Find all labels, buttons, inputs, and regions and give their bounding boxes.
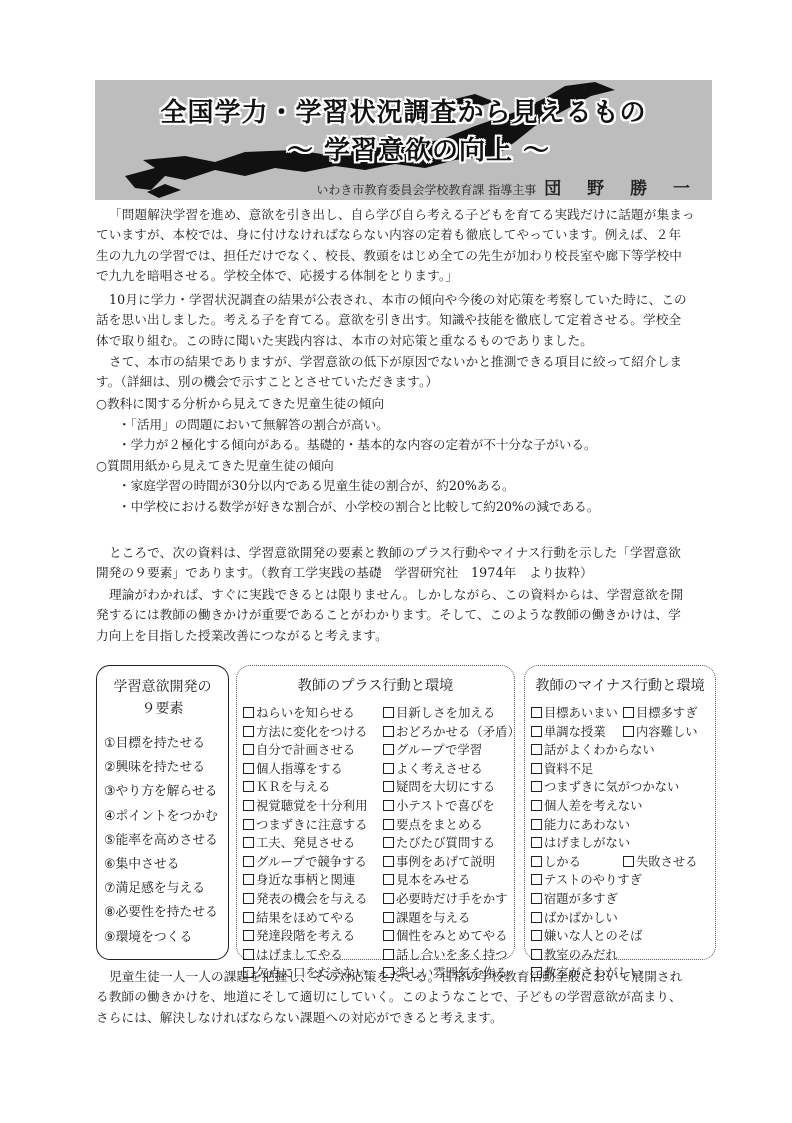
- plus-action-item: 発達段階を考える: [243, 927, 383, 946]
- checkbox-icon[interactable]: [383, 781, 394, 792]
- plus-action-item: 結果をほめてやる: [243, 909, 383, 928]
- nine-elements-box: 学習意欲開発の ９要素 ①目標を持たせる ②興味を持たせる ③やり方を解らせる …: [96, 665, 229, 960]
- checkbox-icon[interactable]: [243, 819, 254, 830]
- findings-list: ○教科に関する分析から見えてきた児童生徒の傾向 ・「活用」の問題において無解答の…: [96, 394, 716, 518]
- heading-line: ９要素: [97, 698, 228, 720]
- text-line: 発するには教師の働きかけが重要であることがわかります。そして、このような教師の働…: [96, 605, 708, 625]
- text-line: 「問題解決学習を進め、意欲を引き出し、自ら学び自ら考える子どもを育てる実践だけに…: [96, 205, 708, 225]
- minus-action-item: 話がよくわからない: [531, 741, 655, 760]
- plus-action-item: 身近な事柄と関連: [243, 871, 383, 890]
- minus-action-item: 資料不足: [531, 760, 593, 779]
- minus-action-label: ばかばかしい: [544, 911, 618, 925]
- minus-action-item: 内容難しい: [623, 723, 698, 742]
- plus-action-item: はげましてやる: [243, 946, 383, 965]
- checkbox-icon[interactable]: [243, 930, 254, 941]
- checkbox-icon[interactable]: [243, 707, 254, 718]
- plus-action-label: 目新しさを加える: [396, 705, 495, 720]
- minus-action-row: 教室のみだれ: [531, 946, 715, 965]
- plus-actions-box: 教師のプラス行動と環境 ねらいを知らせる目新しさを加える方法に変化をつけるおどろ…: [236, 665, 515, 960]
- element-item: ②興味を持たせる: [104, 756, 228, 780]
- byline: いわき市教育委員会学校教育課 指導主事団 野 勝 一: [316, 174, 700, 199]
- plus-action-item: つまずきに注意する: [243, 816, 383, 835]
- checkbox-icon[interactable]: [531, 856, 542, 867]
- checkbox-icon[interactable]: [623, 707, 634, 718]
- minus-action-item: ばかばかしい: [531, 909, 618, 928]
- author-name: 団 野 勝 一: [544, 179, 700, 199]
- text-line: ところで、次の資料は、学習意欲開発の要素と教師のプラス行動やマイナス行動を示した…: [96, 543, 708, 563]
- plus-action-item: ねらいを知らせる: [243, 704, 383, 723]
- text-line: る教師の働きかけを、地道にそして適切にしていく。このようなことで、子どもの学習意…: [96, 987, 708, 1007]
- plus-action-item: 要点をまとめる: [383, 816, 519, 835]
- checkbox-icon[interactable]: [383, 912, 394, 923]
- text-line: 話を思い出しました。考える子を育てる。意欲を引き出す。知識や技能を徹底して定着さ…: [96, 310, 708, 330]
- paragraph-nine-elements-intro: ところで、次の資料は、学習意欲開発の要素と教師のプラス行動やマイナス行動を示した…: [96, 543, 708, 584]
- checkbox-icon[interactable]: [243, 726, 254, 737]
- plus-action-label: ねらいを知らせる: [256, 705, 355, 720]
- checkbox-icon[interactable]: [243, 893, 254, 904]
- plus-action-label: 発表の機会を与える: [256, 891, 368, 906]
- element-item: ⑥集中させる: [104, 853, 228, 877]
- plus-action-label: グループで競争する: [256, 854, 367, 869]
- checkbox-icon[interactable]: [531, 912, 542, 923]
- minus-action-row: テストのやりすぎ: [531, 871, 715, 890]
- element-item: ⑧必要性を持たせる: [104, 901, 228, 925]
- minus-action-label: 能力にあわない: [544, 818, 630, 832]
- minus-action-item: 宿題が多すぎ: [531, 890, 618, 909]
- checkbox-icon[interactable]: [243, 912, 254, 923]
- page-title: 全国学力・学習状況調査から見えるもの: [95, 92, 712, 129]
- plus-action-label: 結果をほめてやる: [256, 910, 355, 925]
- plus-action-item: 見本をみせる: [383, 871, 519, 890]
- minus-actions-checklist: 目標あいまい目標多すぎ単調な授業内容難しい話がよくわからない資料不足つまずきに気…: [525, 704, 715, 983]
- plus-action-item: 発表の機会を与える: [243, 890, 383, 909]
- checkbox-icon[interactable]: [383, 744, 394, 755]
- minus-action-row: 能力にあわない: [531, 816, 715, 835]
- minus-action-label: 宿題が多すぎ: [544, 892, 618, 906]
- checkbox-icon[interactable]: [243, 763, 254, 774]
- checkbox-icon[interactable]: [531, 930, 542, 941]
- minus-action-item: 個人差を考えない: [531, 797, 642, 816]
- plus-action-item: 目新しさを加える: [383, 704, 519, 723]
- intro-quote-paragraph: 「問題解決学習を進め、意欲を引き出し、自ら学び自ら考える子どもを育てる実践だけに…: [96, 205, 708, 287]
- checkbox-icon[interactable]: [383, 819, 394, 830]
- plus-actions-checklist: ねらいを知らせる目新しさを加える方法に変化をつけるおどろかせる（矛盾）自分で計画…: [237, 704, 514, 983]
- checkbox-icon[interactable]: [383, 930, 394, 941]
- plus-action-item: 個性をみとめてやる: [383, 927, 519, 946]
- minus-action-item: テストのやりすぎ: [531, 871, 642, 890]
- plus-action-item: 個人指導をする: [243, 760, 383, 779]
- plus-action-label: 疑問を大切にする: [396, 779, 495, 794]
- minus-action-label: 嫌いな人とのそば: [544, 929, 642, 943]
- plus-action-label: グループで学習: [396, 742, 482, 757]
- checkbox-icon[interactable]: [243, 949, 254, 960]
- minus-action-label: 教室のみだれ: [544, 948, 618, 962]
- minus-action-item: 能力にあわない: [531, 816, 630, 835]
- plus-action-label: 身近な事柄と関連: [256, 872, 355, 887]
- checkbox-icon[interactable]: [243, 800, 254, 811]
- plus-action-label: 方法に変化をつける: [256, 724, 368, 739]
- minus-action-item: はげましがない: [531, 834, 630, 853]
- plus-action-item: 必要時だけ手をかす: [383, 890, 519, 909]
- minus-action-label: テストのやりすぎ: [544, 873, 642, 887]
- plus-action-label: 要点をまとめる: [396, 817, 483, 832]
- minus-action-row: はげましがない: [531, 834, 715, 853]
- checkbox-icon[interactable]: [383, 856, 394, 867]
- checkbox-icon[interactable]: [531, 800, 542, 811]
- minus-action-label: しかる: [544, 855, 581, 869]
- checkbox-icon[interactable]: [383, 763, 394, 774]
- plus-action-item: 視覚聴覚を十分利用: [243, 797, 383, 816]
- checkbox-icon[interactable]: [383, 726, 394, 737]
- minus-action-row: 嫌いな人とのそば: [531, 927, 715, 946]
- checkbox-icon[interactable]: [383, 707, 394, 718]
- plus-action-label: 個人指導をする: [256, 761, 343, 776]
- plus-action-label: つまずきに注意する: [256, 817, 368, 832]
- paragraph-theory: 理論がわかれば、すぐに実践できるとは限りません。しかしながら、この資料からは、学…: [96, 585, 708, 646]
- plus-action-label: 自分で計画させる: [256, 742, 355, 757]
- checkbox-icon[interactable]: [531, 949, 542, 960]
- minus-actions-heading: 教師のマイナス行動と環境: [525, 676, 715, 696]
- finding-bullet: ・中学校における数学が好きな割合が、小学校の割合と比較して約20%の減である。: [96, 497, 716, 518]
- minus-action-row: つまずきに気がつかない: [531, 778, 715, 797]
- plus-action-label: 小テストで喜びを: [396, 798, 495, 813]
- minus-action-row: 話がよくわからない: [531, 741, 715, 760]
- minus-action-label: 目標あいまい: [544, 706, 618, 720]
- plus-action-item: 事例をあげて説明: [383, 853, 519, 872]
- checkbox-icon[interactable]: [243, 781, 254, 792]
- minus-action-label: 内容難しい: [636, 725, 698, 739]
- minus-action-label: 話がよくわからない: [544, 743, 655, 757]
- plus-action-item: ＫＲを与える: [243, 778, 383, 797]
- plus-action-label: 工夫、発見させる: [256, 835, 355, 850]
- plus-action-label: 発達段階を考える: [256, 928, 355, 943]
- plus-action-label: はげましてやる: [256, 947, 343, 962]
- element-item: ④ポイントをつかむ: [104, 805, 228, 829]
- author-affiliation: いわき市教育委員会学校教育課 指導主事: [316, 183, 536, 197]
- findings-heading-subject: ○教科に関する分析から見えてきた児童生徒の傾向: [96, 394, 716, 415]
- element-item: ⑨環境をつくる: [104, 926, 228, 950]
- minus-action-row: 個人差を考えない: [531, 797, 715, 816]
- title-banner: 全国学力・学習状況調査から見えるもの ～ 学習意欲の向上 ～ いわき市教育委員会…: [95, 80, 712, 200]
- checkbox-icon[interactable]: [383, 949, 394, 960]
- plus-action-item: グループで学習: [383, 741, 519, 760]
- minus-action-row: 単調な授業内容難しい: [531, 723, 715, 742]
- nine-elements-list: ①目標を持たせる ②興味を持たせる ③やり方を解らせる ④ポイントをつかむ ⑤能…: [97, 732, 228, 950]
- minus-actions-box: 教師のマイナス行動と環境 目標あいまい目標多すぎ単調な授業内容難しい話がよくわか…: [524, 665, 716, 960]
- checkbox-icon[interactable]: [243, 744, 254, 755]
- plus-action-item: 小テストで喜びを: [383, 797, 519, 816]
- plus-actions-heading: 教師のプラス行動と環境: [237, 676, 514, 696]
- text-line: さて、本市の結果でありますが、学習意欲の低下が原因でないかと推測できる項目に絞っ…: [96, 352, 708, 372]
- heading-line: 学習意欲開発の: [97, 676, 228, 698]
- checkbox-icon[interactable]: [531, 726, 542, 737]
- plus-action-label: 個性をみとめてやる: [396, 928, 508, 943]
- minus-action-label: 単調な授業: [544, 725, 606, 739]
- minus-action-item: しかる: [531, 853, 623, 872]
- checkbox-icon[interactable]: [243, 837, 254, 848]
- minus-action-label: つまずきに気がつかない: [544, 780, 679, 794]
- checkbox-icon[interactable]: [531, 837, 542, 848]
- text-line: 10月に学力・学習状況調査の結果が公表され、本市の傾向や今後の対応策を考察してい…: [96, 290, 708, 310]
- plus-action-label: 視覚聴覚を十分利用: [256, 798, 368, 813]
- plus-action-item: 工夫、発見させる: [243, 834, 383, 853]
- checkbox-icon[interactable]: [383, 874, 394, 885]
- checkbox-icon[interactable]: [623, 726, 634, 737]
- plus-action-item: おどろかせる（矛盾）: [383, 723, 519, 742]
- paragraph-survey-results: 10月に学力・学習状況調査の結果が公表され、本市の傾向や今後の対応策を考察してい…: [96, 290, 708, 351]
- minus-action-label: 目標多すぎ: [636, 706, 698, 720]
- findings-heading-questionnaire: ○質問用紙から見えてきた児童生徒の傾向: [96, 456, 716, 477]
- minus-action-item: 嫌いな人とのそば: [531, 927, 642, 946]
- plus-action-item: 課題を与える: [383, 909, 519, 928]
- minus-action-item: 教室のみだれ: [531, 946, 618, 965]
- checkbox-icon[interactable]: [531, 744, 542, 755]
- text-line: 体で取り組む。この時に聞いた実践内容は、本市の対応策と重なるものでありました。: [96, 331, 708, 351]
- checkbox-icon[interactable]: [383, 893, 394, 904]
- checkbox-icon[interactable]: [531, 819, 542, 830]
- minus-action-row: 宿題が多すぎ: [531, 890, 715, 909]
- plus-action-label: 必要時だけ手をかす: [396, 891, 508, 906]
- checkbox-icon[interactable]: [531, 893, 542, 904]
- checkbox-icon[interactable]: [243, 856, 254, 867]
- minus-action-row: ばかばかしい: [531, 909, 715, 928]
- element-item: ③やり方を解らせる: [104, 780, 228, 804]
- checkbox-icon[interactable]: [623, 856, 634, 867]
- checkbox-icon[interactable]: [383, 800, 394, 811]
- minus-action-item: 目標あいまい: [531, 704, 623, 723]
- plus-action-label: 課題を与える: [396, 910, 470, 925]
- checkbox-icon[interactable]: [243, 874, 254, 885]
- element-item: ⑦満足感を与える: [104, 877, 228, 901]
- checkbox-icon[interactable]: [531, 874, 542, 885]
- checkbox-icon[interactable]: [531, 781, 542, 792]
- text-line: ていますが、本校では、身に付けなければならない内容の定着も徹底してやっています。…: [96, 225, 708, 245]
- paragraph-city-results: さて、本市の結果でありますが、学習意欲の低下が原因でないかと推測できる項目に絞っ…: [96, 352, 708, 393]
- text-line: す。（詳細は、別の機会で示すこととさせていただきます。）: [96, 372, 708, 392]
- minus-action-row: しかる失敗させる: [531, 853, 715, 872]
- text-line: 力向上を目指した授業改善につながると考えます。: [96, 626, 708, 646]
- plus-action-item: 話し合いを多く持つ: [383, 946, 519, 965]
- text-line: 児童生徒一人一人の課題を把握し、その対応策をたてる。日常の学校教育活動全般におい…: [96, 967, 708, 987]
- text-line: で九九を暗唱させる。学校全体で、応援する体制をとります。」: [96, 266, 708, 286]
- text-line: 開発の９要素」であります。（教育工学実践の基礎 学習研究社 1974年 より抜粋…: [96, 563, 708, 583]
- checkbox-icon[interactable]: [531, 707, 542, 718]
- finding-bullet: ・学力が２極化する傾向がある。基礎的・基本的な内容の定着が不十分な子がいる。: [96, 435, 716, 456]
- text-line: さらには、解決しなければならない課題への対応ができると考えます。: [96, 1008, 708, 1028]
- nine-elements-heading: 学習意欲開発の ９要素: [97, 676, 228, 720]
- minus-action-item: 失敗させる: [623, 853, 698, 872]
- plus-action-item: よく考えさせる: [383, 760, 519, 779]
- text-line: 理論がわかれば、すぐに実践できるとは限りません。しかしながら、この資料からは、学…: [96, 585, 708, 605]
- plus-action-label: 話し合いを多く持つ: [396, 947, 508, 962]
- checkbox-icon[interactable]: [383, 837, 394, 848]
- minus-action-label: 失敗させる: [636, 855, 698, 869]
- text-line: 生の九九の学習では、担任だけでなく、校長、教頭をはじめ全ての先生が加わり校長室や…: [96, 246, 708, 266]
- minus-action-label: はげましがない: [544, 836, 630, 850]
- plus-action-item: たびたび質問する: [383, 834, 519, 853]
- plus-action-item: 自分で計画させる: [243, 741, 383, 760]
- checkbox-icon[interactable]: [531, 763, 542, 774]
- minus-action-item: 目標多すぎ: [623, 704, 698, 723]
- finding-bullet: ・「活用」の問題において無解答の割合が高い。: [96, 415, 716, 436]
- plus-action-label: たびたび質問する: [396, 835, 495, 850]
- paragraph-conclusion: 児童生徒一人一人の課題を把握し、その対応策をたてる。日常の学校教育活動全般におい…: [96, 967, 708, 1028]
- plus-action-label: 見本をみせる: [396, 872, 470, 887]
- minus-action-label: 資料不足: [544, 762, 593, 776]
- plus-action-label: 事例をあげて説明: [396, 854, 495, 869]
- minus-action-row: 資料不足: [531, 760, 715, 779]
- minus-action-label: 個人差を考えない: [544, 799, 642, 813]
- minus-action-item: 単調な授業: [531, 723, 623, 742]
- plus-action-label: ＫＲを与える: [256, 779, 330, 794]
- element-item: ⑤能率を高めさせる: [104, 829, 228, 853]
- finding-bullet: ・家庭学習の時間が30分以内である児童生徒の割合が、約20%ある。: [96, 476, 716, 497]
- element-item: ①目標を持たせる: [104, 732, 228, 756]
- plus-action-item: 疑問を大切にする: [383, 778, 519, 797]
- plus-action-item: グループで競争する: [243, 853, 383, 872]
- minus-action-row: 目標あいまい目標多すぎ: [531, 704, 715, 723]
- plus-action-label: おどろかせる（矛盾）: [396, 724, 520, 739]
- plus-action-label: よく考えさせる: [396, 761, 483, 776]
- plus-action-item: 方法に変化をつける: [243, 723, 383, 742]
- page-subtitle: ～ 学習意欲の向上 ～: [95, 130, 712, 167]
- minus-action-item: つまずきに気がつかない: [531, 778, 679, 797]
